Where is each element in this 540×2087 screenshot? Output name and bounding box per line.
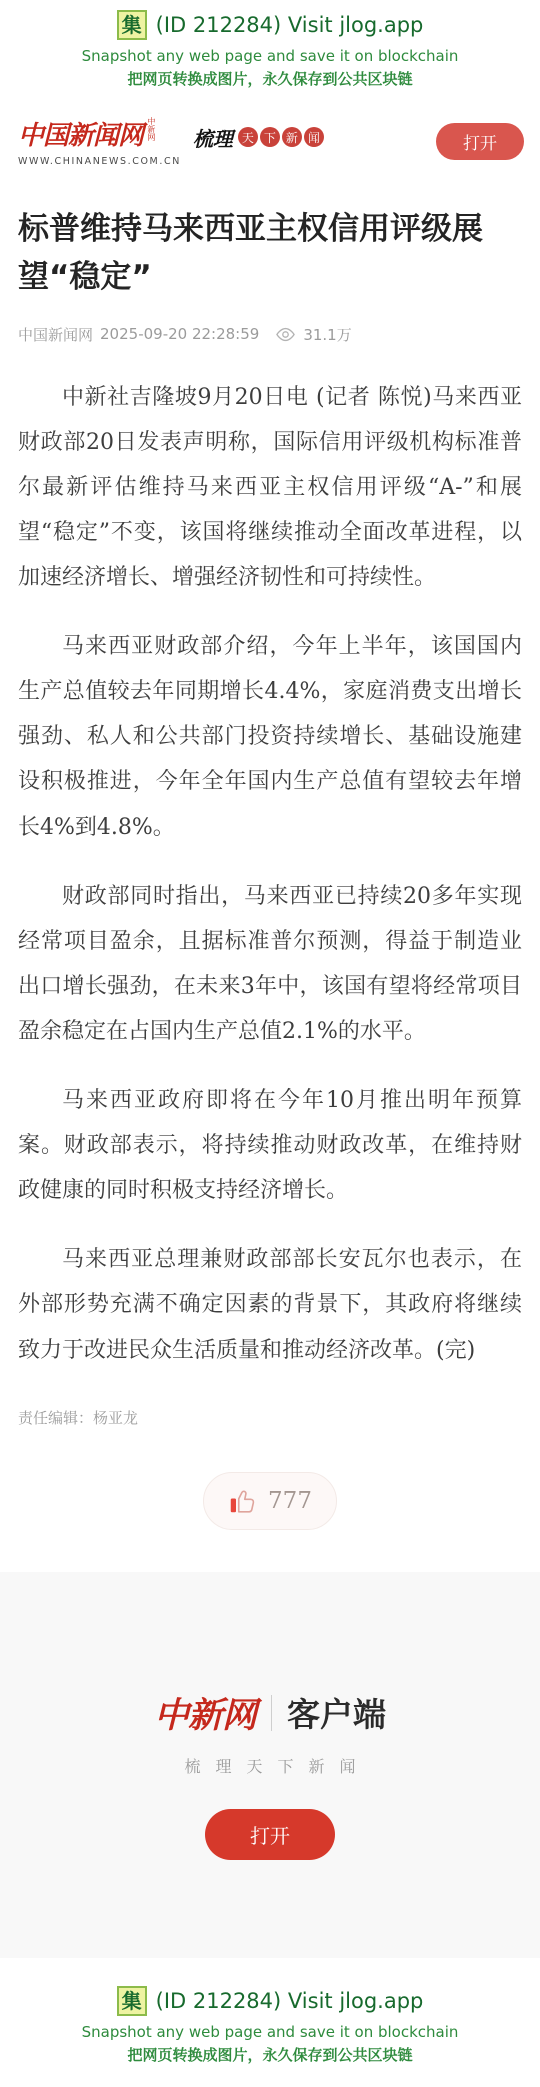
site-header: 中国新闻网 中新网 WWW.CHINANEWS.COM.CN 梳理 天 下 新 … <box>0 101 540 177</box>
footer-logo-text: 中新网 <box>154 1688 256 1738</box>
slogan-badge: 下 <box>260 127 280 147</box>
article-paragraph: 财政部同时指出，马来西亚已持续20多年实现经常项目盈余，且据标准普尔预测，得益于… <box>18 874 522 1054</box>
slogan-badge: 新 <box>282 127 302 147</box>
article-datetime: 2025-09-20 22:28:59 <box>100 325 259 343</box>
jlog-banner-top: 集 (ID 212284) Visit jlog.app Snapshot an… <box>0 0 540 101</box>
footer-logo-divider <box>271 1695 272 1731</box>
jlog-tagline-zh: 把网页转换成图片，永久保存到公共区块链 <box>0 2044 540 2065</box>
chinanews-logo[interactable]: 中国新闻网 中新网 WWW.CHINANEWS.COM.CN <box>18 115 181 167</box>
slogan-prefix: 梳理 <box>193 123 233 152</box>
app-footer: 中新网 客户端 梳理天下新闻 打开 <box>0 1572 540 1958</box>
like-count: 777 <box>268 1488 312 1514</box>
jlog-tagline-en: Snapshot any web page and save it on blo… <box>0 2023 540 2041</box>
like-button[interactable]: 777 <box>203 1472 337 1530</box>
jlog-tagline-zh: 把网页转换成图片，永久保存到公共区块链 <box>0 68 540 89</box>
open-app-button-footer[interactable]: 打开 <box>205 1809 335 1860</box>
jlog-id-link[interactable]: (ID 212284) Visit jlog.app <box>156 1989 424 2013</box>
jlog-banner-bottom: 集 (ID 212284) Visit jlog.app Snapshot an… <box>0 1976 540 2087</box>
eye-icon <box>275 327 296 342</box>
article-paragraph: 马来西亚财政部介绍，今年上半年，该国国内生产总值较去年同期增长4.4%，家庭消费… <box>18 624 522 849</box>
slogan-badge: 闻 <box>304 127 324 147</box>
article-paragraph: 马来西亚政府即将在今年10月推出明年预算案。财政部表示，将持续推动财政改革，在维… <box>18 1078 522 1213</box>
jlog-logo-icon: 集 <box>117 1986 147 2016</box>
footer-client-label: 客户端 <box>287 1689 386 1736</box>
editor-credit: 责任编辑：杨亚龙 <box>18 1407 522 1428</box>
logo-side-text: 中新网 <box>146 117 155 141</box>
article-body: 中新社吉隆坡9月20日电 (记者 陈悦)马来西亚财政部20日发表声明称，国际信用… <box>18 375 522 1373</box>
footer-logo: 中新网 客户端 <box>0 1688 540 1738</box>
article-paragraph: 中新社吉隆坡9月20日电 (记者 陈悦)马来西亚财政部20日发表声明称，国际信用… <box>18 375 522 600</box>
article-byline: 中国新闻网 2025-09-20 22:28:59 31.1万 <box>18 324 522 345</box>
slogan-badge: 天 <box>238 127 258 147</box>
jlog-tagline-en: Snapshot any web page and save it on blo… <box>0 47 540 65</box>
jlog-logo-icon: 集 <box>117 10 147 40</box>
header-slogan: 梳理 天 下 新 闻 <box>193 123 324 152</box>
logo-text: 中国新闻网 <box>18 115 143 152</box>
logo-url: WWW.CHINANEWS.COM.CN <box>18 156 181 167</box>
article-paragraph: 马来西亚总理兼财政部部长安瓦尔也表示，在外部形势充满不确定因素的背景下，其政府将… <box>18 1237 522 1372</box>
view-count: 31.1万 <box>303 324 351 345</box>
open-app-button[interactable]: 打开 <box>436 123 524 160</box>
article-title: 标普维持马来西亚主权信用评级展望“稳定” <box>18 205 522 302</box>
thumbs-up-icon <box>228 1486 258 1516</box>
footer-slogan: 梳理天下新闻 <box>0 1754 540 1777</box>
article-source: 中国新闻网 <box>18 324 93 345</box>
jlog-id-link[interactable]: (ID 212284) Visit jlog.app <box>156 13 424 37</box>
